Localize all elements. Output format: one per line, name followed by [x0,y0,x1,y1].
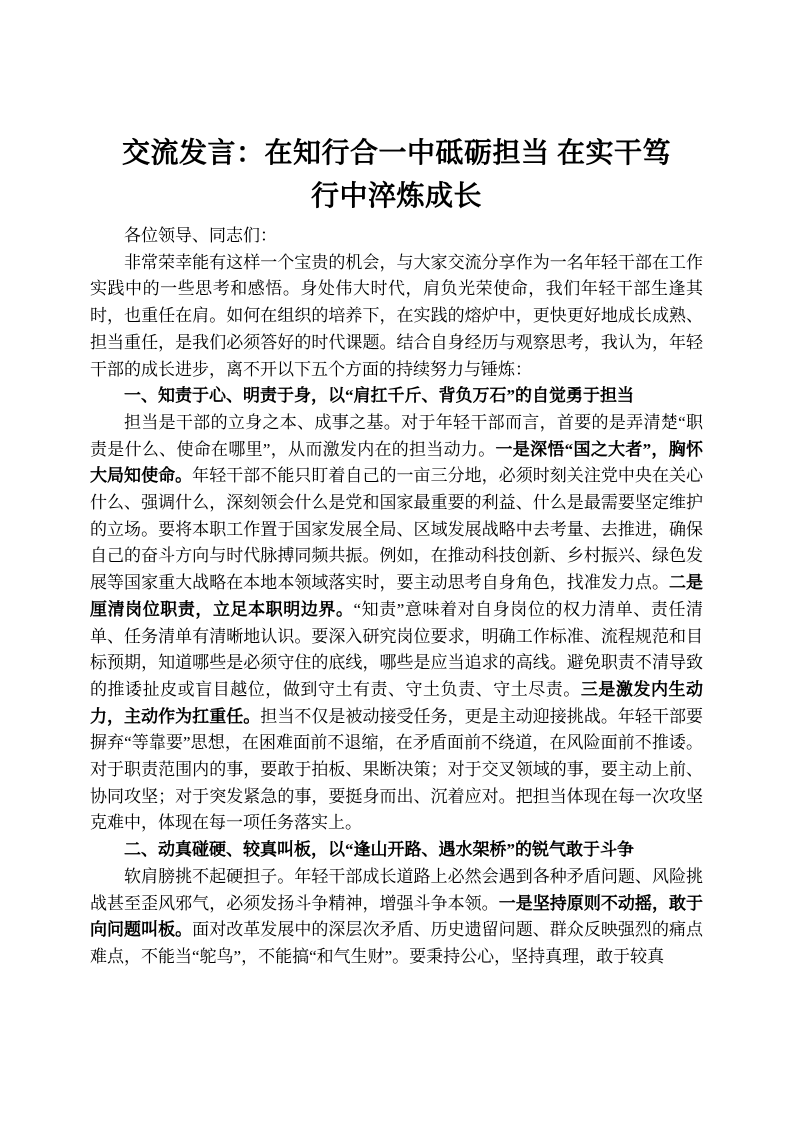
body-paragraph: 担当是干部的立身之本、成事之基。对于年轻干部而言，首要的是弄清楚“职责是什么、使… [90,410,703,837]
body-paragraph: 软肩膀挑不起硬担子。年轻干部成长道路上必然会遇到各种矛盾问题、风险挑战甚至歪风邪… [90,864,703,971]
bold-text-run: 二、动真碰硬、较真叫板，以“逢山开路、遇水架桥”的锐气敢于斗争 [124,840,634,859]
section-heading: 二、动真碰硬、较真叫板，以“逢山开路、遇水架桥”的锐气敢于斗争 [90,837,703,864]
document-title-line: 行中淬炼成长 [90,175,703,218]
body-paragraph: 非常荣幸能有这样一个宝贵的机会，与大家交流分享作为一名年轻干部在工作实践中的一些… [90,250,703,384]
document-title-line: 交流发言：在知行合一中砥砺担当 在实干笃 [90,132,703,175]
salutation: 各位领导、同志们： [90,223,703,250]
document-content: 各位领导、同志们： 非常荣幸能有这样一个宝贵的机会，与大家交流分享作为一名年轻干… [90,223,703,971]
document-body: 非常荣幸能有这样一个宝贵的机会，与大家交流分享作为一名年轻干部在工作实践中的一些… [90,250,703,971]
bold-text-run: 一、知责于心、明责于身，以“肩扛千斤、背负万石”的自觉勇于担当 [124,386,634,405]
text-run: 非常荣幸能有这样一个宝贵的机会，与大家交流分享作为一名年轻干部在工作实践中的一些… [90,253,703,379]
section-heading: 一、知责于心、明责于身，以“肩扛千斤、背负万石”的自觉勇于担当 [90,383,703,410]
document-title: 交流发言：在知行合一中砥砺担当 在实干笃 行中淬炼成长 [90,132,703,218]
document-page: 交流发言：在知行合一中砥砺担当 在实干笃 行中淬炼成长 各位领导、同志们： 非常… [0,0,793,1121]
